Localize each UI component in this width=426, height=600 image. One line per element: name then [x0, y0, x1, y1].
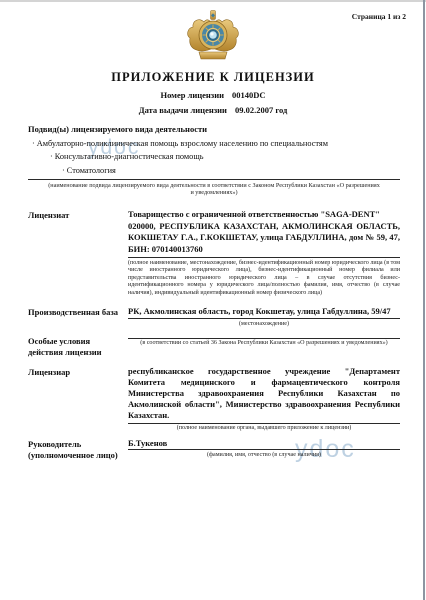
production-base-value-block: РК, Акмолинская область, город Кокшетау,… — [128, 306, 400, 327]
special-conditions-row: Особые условия действия лицензии (в соот… — [28, 335, 400, 358]
special-conditions-caption: (в соответствии со статьей 36 Закона Рес… — [128, 340, 400, 346]
license-date-row: Дата выдачи лицензии 09.02.2007 год — [139, 105, 288, 115]
licensor-caption: (полное наименование органа, выдавшего п… — [128, 425, 400, 431]
horizontal-rule — [128, 423, 400, 424]
head-label: Руководитель (уполномоченное лицо) — [28, 438, 128, 461]
production-base-row: Производственная база РК, Акмолинская об… — [28, 306, 400, 327]
special-conditions-label: Особые условия действия лицензии — [28, 335, 128, 358]
subtypes-caption-line1: (наименование подвида лицензируемого вид… — [28, 182, 400, 190]
subtype-item: ·Стоматология — [28, 166, 400, 175]
special-conditions-label-line2: действия лицензии — [28, 347, 128, 358]
subtype-item: ·Амбулаторно-поликлиническая помощь взро… — [28, 139, 400, 148]
production-base-caption: (местонахождение) — [128, 321, 400, 327]
license-date-value: 09.02.2007 год — [235, 105, 287, 115]
licensee-name: Товарищество с ограниченной ответственно… — [128, 209, 400, 221]
document-fields: Лицензиат Товарищество с ограниченной от… — [28, 209, 400, 461]
subtypes-section: Подвид(ы) лицензируемого вида деятельнос… — [28, 124, 400, 197]
subtypes-caption: (наименование подвида лицензируемого вид… — [28, 182, 400, 197]
licensee-caption: (полное наименование, местонахождение, б… — [128, 260, 400, 298]
licensee-row: Лицензиат Товарищество с ограниченной от… — [28, 209, 400, 297]
head-label-line1: Руководитель — [28, 439, 128, 450]
subtype-item-label: Амбулаторно-поликлиническая помощь взрос… — [37, 139, 328, 148]
subtype-item-label: Стоматология — [67, 166, 116, 175]
licensor-label: Лицензиар — [28, 366, 128, 432]
licensee-label: Лицензиат — [28, 209, 128, 297]
special-conditions-value-block: (в соответствии со статьей 36 Закона Рес… — [128, 335, 400, 358]
special-conditions-label-line1: Особые условия — [28, 336, 128, 347]
licensor-row: Лицензиар республиканское государственно… — [28, 366, 400, 432]
licensor-value-block: республиканское государственное учрежден… — [128, 366, 400, 432]
licensee-address: 020000, РЕСПУБЛИКА КАЗАХСТАН, АКМОЛИНСКА… — [128, 221, 400, 256]
license-date-label: Дата выдачи лицензии — [139, 105, 227, 115]
horizontal-rule — [128, 257, 400, 258]
page-indicator: Страница 1 из 2 — [352, 12, 406, 21]
head-value-block: Б.Тукенов (фамилия, имя, отчество (в слу… — [128, 438, 400, 461]
subtype-item: ·Консультативно-диагностическая помощь — [28, 152, 400, 161]
licensor-value: республиканское государственное учрежден… — [128, 366, 400, 421]
production-base-label: Производственная база — [28, 306, 128, 327]
license-number-row: Номер лицензии 00140DC — [160, 90, 265, 100]
bullet-icon: · — [62, 166, 65, 175]
license-meta: Номер лицензии 00140DC Дата выдачи лицен… — [0, 90, 426, 115]
page-top-border — [0, 0, 426, 2]
licensee-value: Товарищество с ограниченной ответственно… — [128, 209, 400, 297]
head-value: Б.Тукенов — [128, 438, 400, 450]
license-annex-page: ydoc ydoc Страница 1 из 2 — [0, 0, 426, 600]
head-caption: (фамилия, имя, отчество (в случае наличи… — [128, 452, 400, 458]
subtype-item-label: Консультативно-диагностическая помощь — [55, 152, 204, 161]
subtypes-caption-line2: и уведомлениях») — [28, 189, 400, 197]
license-number-value: 00140DC — [232, 90, 266, 100]
bullet-icon: · — [32, 139, 35, 148]
head-label-line2: (уполномоченное лицо) — [28, 450, 128, 461]
horizontal-rule — [128, 338, 400, 339]
bullet-icon: · — [50, 152, 53, 161]
license-number-label: Номер лицензии — [160, 90, 224, 100]
kazakhstan-emblem-icon — [184, 9, 242, 63]
head-row: Руководитель (уполномоченное лицо) Б.Тук… — [28, 438, 400, 461]
document-title: ПРИЛОЖЕНИЕ К ЛИЦЕНЗИИ — [0, 70, 426, 85]
subtypes-heading: Подвид(ы) лицензируемого вида деятельнос… — [28, 124, 400, 134]
production-base-value: РК, Акмолинская область, город Кокшетау,… — [128, 306, 400, 319]
horizontal-rule — [28, 179, 400, 180]
